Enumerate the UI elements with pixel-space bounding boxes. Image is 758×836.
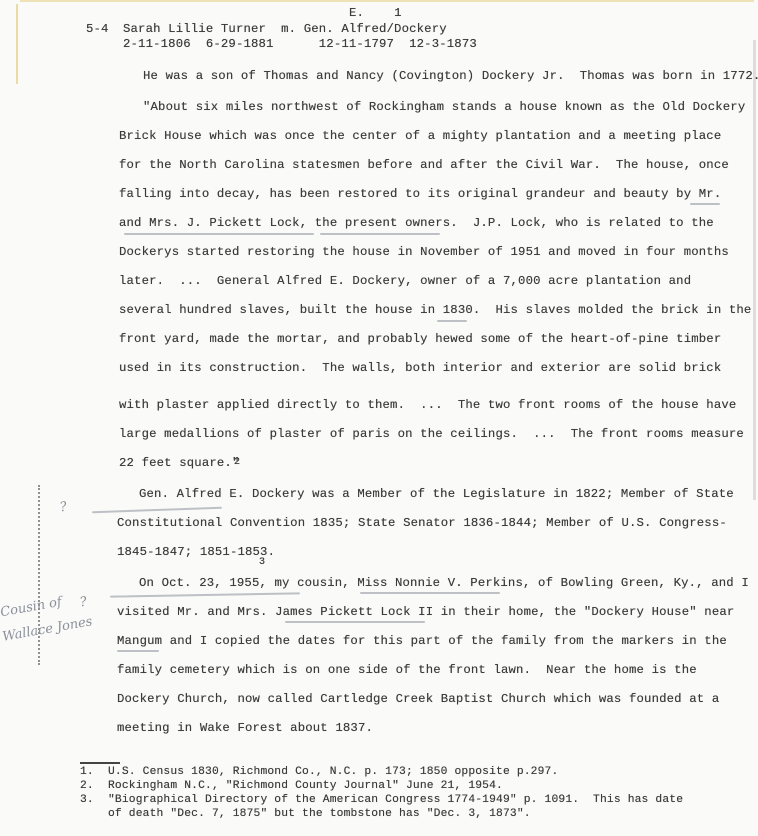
quote-line: Dockerys started restoring the house in … [119,245,729,259]
quote-line: large medallions of plaster of paris on … [119,427,744,441]
header-names: Sarah Lillie Turner m. Gen. Alfred/Docke… [123,22,447,36]
paragraph-visit: meeting in Wake Forest about 1837. [117,721,373,735]
header-dates: 2-11-1806 6-29-1881 12-11-1797 12-3-1873 [123,37,477,51]
ink-underline [285,621,425,623]
footnote-text: Rockingham N.C., "Richmond County Journa… [108,780,503,792]
paragraph-visit: Mangum and I copied the dates for this p… [117,634,727,648]
quote-line: several hundred slaves, built the house … [119,303,751,317]
footnote-text: of death "Dec. 7, 1875" but the tombston… [108,808,531,820]
paragraph-offices: 1845-1847; 1851-1853. [117,545,275,559]
paper-right-edge [753,40,756,500]
quote-line: used in its construction. The walls, bot… [119,361,721,375]
quote-line: "About six miles northwest of Rockingham… [143,100,745,114]
ink-underline [360,592,500,594]
margin-question-mark: ? [79,595,88,611]
footnote-text: U.S. Census 1830, Richmond Co., N.C. p. … [108,766,558,778]
paragraph-visit: On Oct. 23, 1955, my cousin, Miss Nonnie… [139,576,749,590]
ink-underline [117,650,159,652]
quote-line: and Mrs. J. Pickett Lock, the present ow… [119,216,714,230]
footnote-ref-2: 2 [234,457,758,468]
paragraph-parentage: He was a son of Thomas and Nancy (Coving… [143,69,758,83]
page-marker: E. 1 [349,6,402,20]
footnote-number: 3. [80,794,94,806]
ink-underline [92,507,222,514]
margin-handwritten-note: Cousin of [0,595,63,621]
footnote-number: 2. [80,780,94,792]
paragraph-offices: Constitutional Convention 1835; State Se… [117,516,727,530]
quote-line: with plaster applied directly to them. .… [119,398,736,412]
typewritten-page: E. 1 5-4 Sarah Lillie Turner m. Gen. Alf… [0,0,758,836]
quote-line: falling into decay, has been restored to… [119,187,721,201]
quote-line: 22 feet square." [119,456,239,470]
paragraph-visit: visited Mr. and Mrs. James Pickett Lock … [117,605,734,619]
quote-line: Brick House which was once the center of… [119,129,721,143]
ink-underline [320,233,440,235]
paragraph-visit: family cemetery which is on one side of … [117,663,697,677]
margin-handwritten-note: Wallace Jones [1,614,93,645]
quote-line: for the North Carolina statesmen before … [119,158,729,172]
footnote-text: "Biographical Directory of the American … [108,794,683,806]
ink-underline [110,592,300,597]
paper-left-edge [16,4,18,84]
ink-underline [124,233,314,235]
footnote-ref-3: 3 [259,557,758,568]
margin-question-mark: ? [59,500,68,516]
entry-number: 5-4 [86,22,109,36]
footnote-number: 1. [80,766,94,778]
quote-line: later. ... General Alfred E. Dockery, ow… [119,274,691,288]
ink-underline [437,320,467,322]
paragraph-offices: Gen. Alfred E. Dockery was a Member of t… [139,487,734,501]
quote-line: front yard, made the mortar, and probabl… [119,332,721,346]
footnote-rule [80,762,120,764]
ink-underline [690,203,720,205]
paragraph-visit: Dockery Church, now called Cartledge Cre… [117,692,719,706]
